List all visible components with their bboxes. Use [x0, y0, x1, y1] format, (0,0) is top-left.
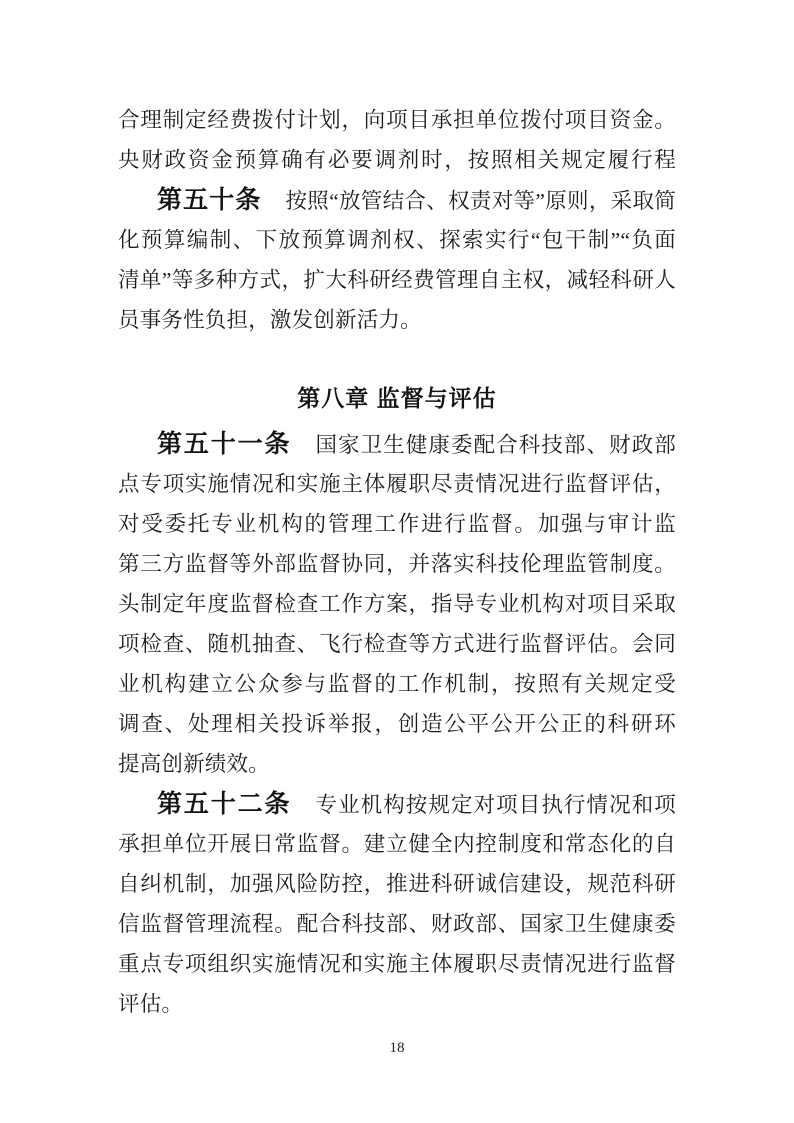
text-line: 评估。 [118, 984, 676, 1024]
text-line: 第五十二条专业机构按规定对项目执行情况和项目 [118, 784, 676, 824]
text-line: 第五十条按照“放管结合、权责对等”原则，采取简 [118, 180, 676, 220]
text-line: 承担单位开展日常监督。建立健全内控制度和常态化的自查 [118, 824, 676, 864]
text-line: 项检查、随机抽查、飞行检查等方式进行监督评估。会同专 [118, 624, 676, 664]
text-line: 重点专项组织实施情况和实施主体履职尽责情况进行监督 [118, 944, 676, 984]
text-line: 化预算编制、下放预算调剂权、探索实行“包干制”“负面 [118, 220, 676, 260]
text-line: 央财政资金预算确有必要调剂时，按照相关规定履行程序。 [118, 140, 676, 180]
text-line: 头制定年度监督检查工作方案，指导专业机构对项目采取专 [118, 584, 676, 624]
document-page: 合理制定经费拨付计划，向项目承担单位拨付项目资金。中 央财政资金预算确有必要调剂… [0, 0, 794, 1123]
paragraph: 合理制定经费拨付计划，向项目承担单位拨付项目资金。中 央财政资金预算确有必要调剂… [118, 100, 676, 180]
article-number: 第五十一条 [157, 430, 291, 458]
text-line: 合理制定经费拨付计划，向项目承担单位拨付项目资金。中 [118, 100, 676, 140]
paragraph: 第五十条按照“放管结合、权责对等”原则，采取简 化预算编制、下放预算调剂权、探索… [118, 180, 676, 340]
text-line: 第三方监督等外部监督协同，并落实科技伦理监管制度。牵 [118, 544, 676, 584]
text-line: 第五十一条国家卫生健康委配合科技部、财政部对重 [118, 424, 676, 464]
article-number: 第五十二条 [157, 790, 291, 818]
text-line: 对受委托专业机构的管理工作进行监督。加强与审计监督、 [118, 504, 676, 544]
text-block: 合理制定经费拨付计划，向项目承担单位拨付项目资金。中 央财政资金预算确有必要调剂… [118, 100, 676, 1024]
text-line: 信监督管理流程。配合科技部、财政部、国家卫生健康委对 [118, 904, 676, 944]
text-line: 员事务性负担，激发创新活力。 [118, 300, 676, 340]
text-line: 提高创新绩效。 [118, 744, 676, 784]
paragraph: 第五十一条国家卫生健康委配合科技部、财政部对重 点专项实施情况和实施主体履职尽责… [118, 424, 676, 784]
text-line: 调查、处理相关投诉举报，创造公平公开公正的科研环境， [118, 704, 676, 744]
text-line: 点专项实施情况和实施主体履职尽责情况进行监督评估，并 [118, 464, 676, 504]
text-line: 自纠机制，加强风险防控，推进科研诚信建设，规范科研诚 [118, 864, 676, 904]
paragraph: 第五十二条专业机构按规定对项目执行情况和项目 承担单位开展日常监督。建立健全内控… [118, 784, 676, 1024]
chapter-heading: 第八章 监督与评估 [118, 378, 676, 418]
text-line: 业机构建立公众参与监督的工作机制，按照有关规定受理、 [118, 664, 676, 704]
text-line: 清单”等多种方式，扩大科研经费管理自主权，减轻科研人 [118, 260, 676, 300]
text-run: 按照“放管结合、权责对等”原则，采取简 [285, 189, 676, 213]
page-number: 18 [0, 1038, 794, 1058]
article-number: 第五十条 [157, 186, 261, 214]
